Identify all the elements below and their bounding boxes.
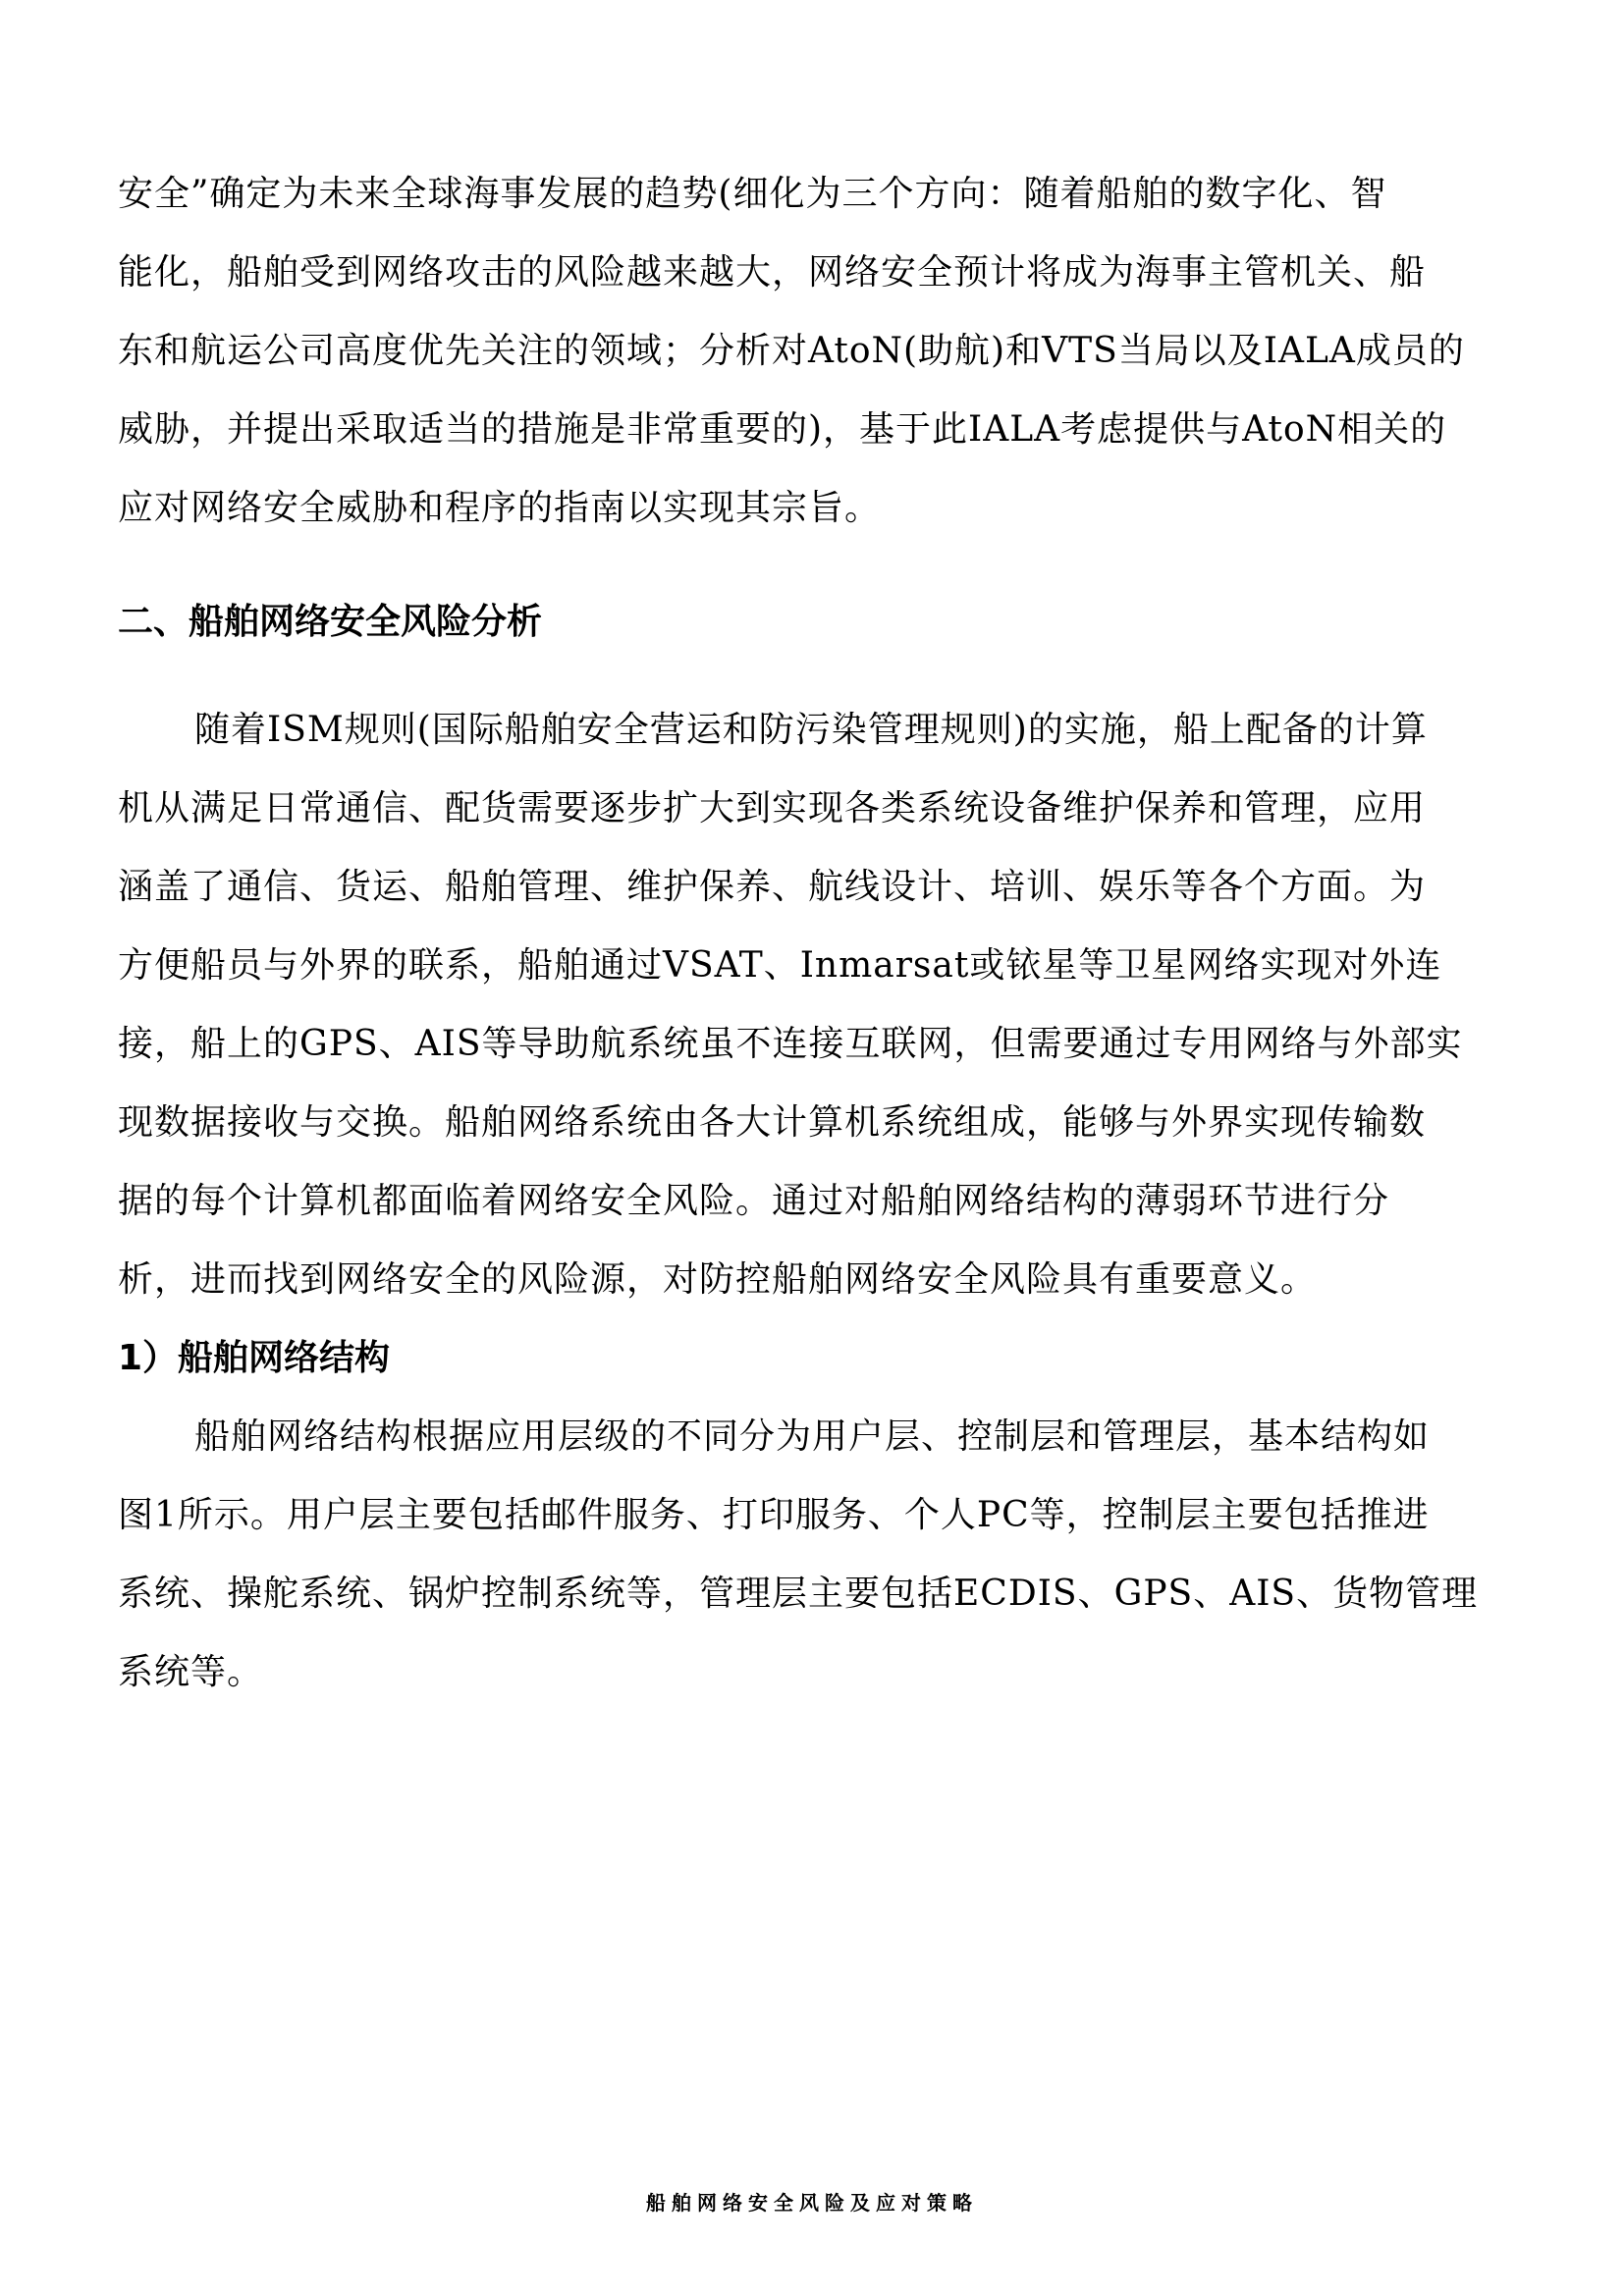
text-line: 应对网络安全威胁和程序的指南以实现其宗旨。	[118, 469, 1492, 548]
subsection-heading: 1）船舶网络结构	[118, 1319, 1492, 1398]
text-line: 方便船员与外界的联系，船舶通过VSAT、Inmarsat或铱星等卫星网络实现对外…	[118, 927, 1492, 1005]
page-footer-title: 船舶网络安全风险及应对策略	[0, 2187, 1624, 2216]
section-heading: 二、船舶网络安全风险分析	[118, 583, 1492, 662]
text-line: 机从满足日常通信、配货需要逐步扩大到实现各类系统设备维护保养和管理，应用	[118, 770, 1492, 848]
text-line: 安全”确定为未来全球海事发展的趋势(细化为三个方向：随着船舶的数字化、智	[118, 155, 1492, 234]
text-line: 据的每个计算机都面临着网络安全风险。通过对船舶网络结构的薄弱环节进行分	[118, 1162, 1492, 1241]
text-line: 能化，船舶受到网络攻击的风险越来越大，网络安全预计将成为海事主管机关、船	[118, 234, 1492, 312]
text-line: 船舶网络结构根据应用层级的不同分为用户层、控制层和管理层，基本结构如	[118, 1398, 1492, 1476]
spacer	[118, 548, 1492, 583]
body-paragraph-network-structure: 船舶网络结构根据应用层级的不同分为用户层、控制层和管理层，基本结构如 图1所示。…	[118, 1398, 1492, 1712]
body-paragraph-risk-analysis: 随着ISM规则(国际船舶安全营运和防污染管理规则)的实施，船上配备的计算 机从满…	[118, 691, 1492, 1319]
text-line: 东和航运公司高度优先关注的领域；分析对AtoN(助航)和VTS当局以及IALA成…	[118, 312, 1492, 391]
document-page: 安全”确定为未来全球海事发展的趋势(细化为三个方向：随着船舶的数字化、智 能化，…	[118, 155, 1492, 1712]
text-line: 涵盖了通信、货运、船舶管理、维护保养、航线设计、培训、娱乐等各个方面。为	[118, 848, 1492, 927]
body-paragraph-intro-continuation: 安全”确定为未来全球海事发展的趋势(细化为三个方向：随着船舶的数字化、智 能化，…	[118, 155, 1492, 548]
text-line: 接，船上的GPS、AIS等导助航系统虽不连接互联网，但需要通过专用网络与外部实	[118, 1005, 1492, 1084]
text-line: 析，进而找到网络安全的风险源，对防控船舶网络安全风险具有重要意义。	[118, 1241, 1492, 1319]
text-line: 现数据接收与交换。船舶网络系统由各大计算机系统组成，能够与外界实现传输数	[118, 1084, 1492, 1162]
text-line: 威胁，并提出采取适当的措施是非常重要的)，基于此IALA考虑提供与AtoN相关的	[118, 391, 1492, 469]
text-line: 系统等。	[118, 1633, 1492, 1712]
spacer	[118, 662, 1492, 691]
text-line: 随着ISM规则(国际船舶安全营运和防污染管理规则)的实施，船上配备的计算	[118, 691, 1492, 770]
text-line: 系统、操舵系统、锅炉控制系统等，管理层主要包括ECDIS、GPS、AIS、货物管…	[118, 1555, 1492, 1633]
text-line: 图1所示。用户层主要包括邮件服务、打印服务、个人PC等，控制层主要包括推进	[118, 1476, 1492, 1555]
